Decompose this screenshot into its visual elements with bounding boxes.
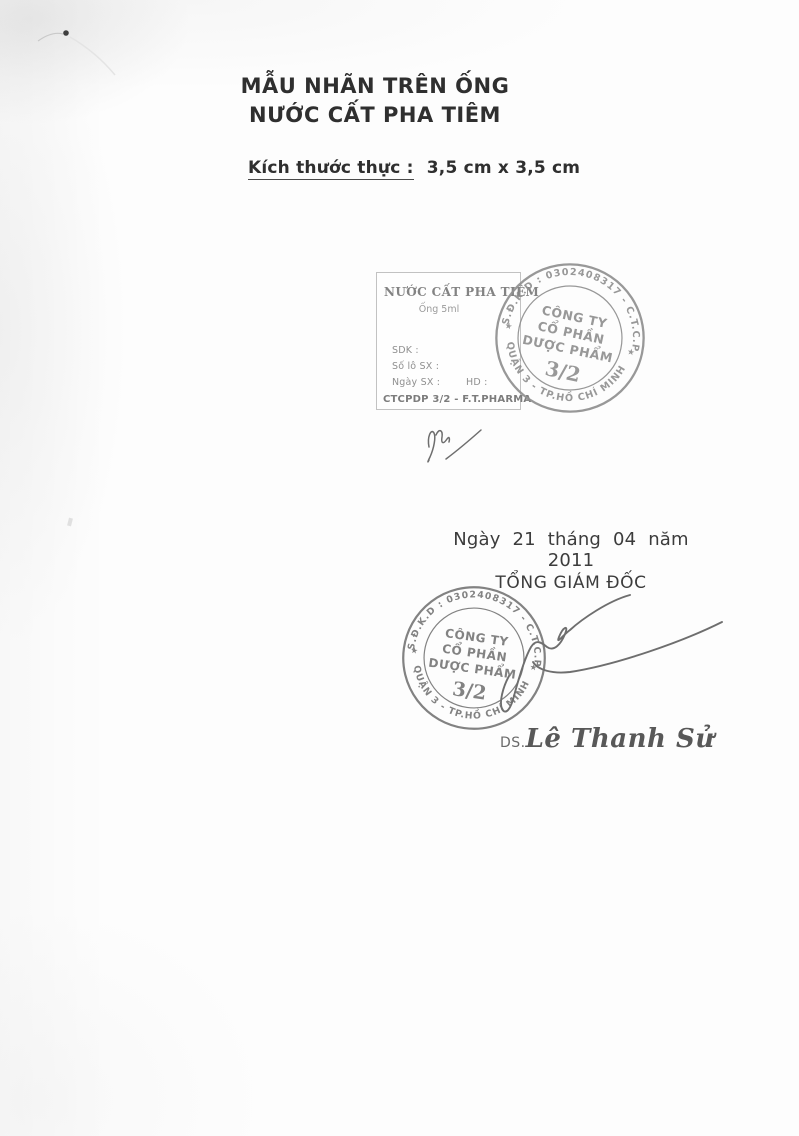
actual-size-note: Kích thước thực : 3,5 cm x 3,5 cm: [248, 158, 580, 178]
initial-signature: [415, 420, 495, 490]
scan-speck: [67, 518, 73, 527]
document-page: MẪU NHÃN TRÊN ỐNG NƯỚC CẤT PHA TIÊM Kích…: [0, 0, 799, 1136]
document-title: MẪU NHÃN TRÊN ỐNG NƯỚC CẤT PHA TIÊM: [240, 72, 510, 130]
label-dosage: Ống 5ml: [391, 304, 487, 315]
signer-name-line: DS. Lê Thanh Sử: [500, 724, 715, 754]
signer-prefix: DS.: [500, 735, 526, 751]
actual-size-value: 3,5 cm x 3,5 cm: [427, 158, 580, 178]
document-title-line2: NƯỚC CẤT PHA TIÊM: [240, 101, 510, 130]
approval-date: Ngày 21 tháng 04 năm 2011: [436, 529, 706, 571]
label-field-mfg-date: Ngày SX :: [392, 377, 440, 388]
star-icon: ★: [626, 347, 636, 358]
label-field-lot-number: Số lô SX :: [392, 361, 439, 372]
actual-size-label: Kích thước thực :: [248, 158, 414, 180]
scan-corner-mark: [0, 0, 200, 120]
signer-name: Lê Thanh Sử: [526, 724, 715, 754]
seal-company-number: 3/2: [543, 356, 583, 387]
label-field-sdk: SDK :: [392, 345, 419, 356]
document-title-line1: MẪU NHÃN TRÊN ỐNG: [240, 72, 510, 101]
company-seal-stamp: S.Đ.K.D : 0302408317 - C.T.C.P QUẬN 3 - …: [479, 247, 662, 430]
director-signature: [430, 575, 730, 725]
star-icon: ★: [504, 321, 514, 332]
star-icon: ★: [410, 645, 419, 656]
